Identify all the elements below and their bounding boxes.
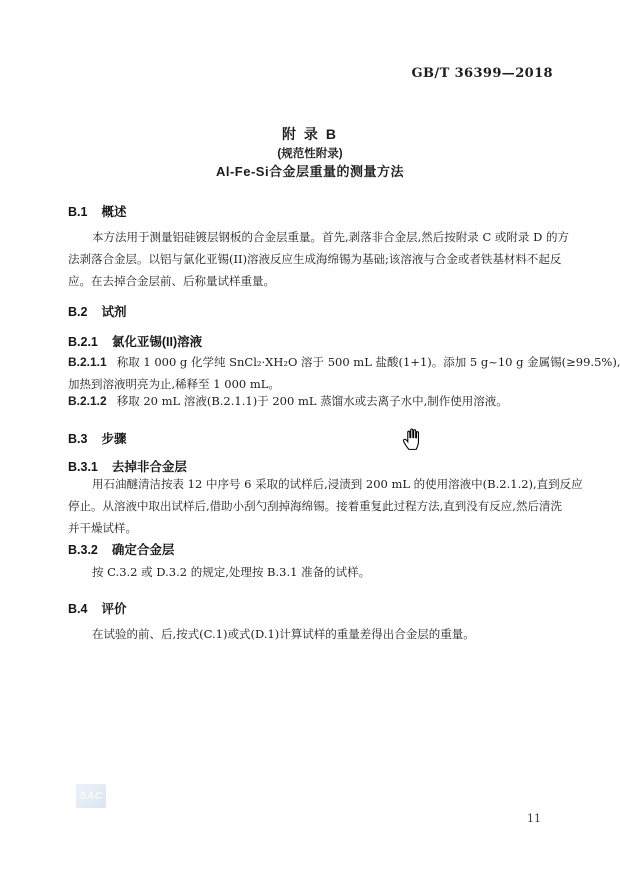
section-title: 概述 <box>101 205 126 219</box>
paragraph-line: 法剥落合金层。以铝与氯化亚锡(II)溶液反应生成海绵锡为基础;该溶液与合金或者铁… <box>68 248 552 270</box>
section-title: 氯化亚锡(II)溶液 <box>112 335 202 349</box>
section-number: B.3.2 <box>68 543 98 557</box>
standard-code-header: GB/T 36399—2018 <box>412 66 553 81</box>
paragraph-line: 应。在去掉合金层前、后称量试样重量。 <box>68 270 552 292</box>
section-heading-b4: B.4评价 <box>68 599 552 617</box>
section-number: B.4 <box>68 602 87 616</box>
paragraph-line: 用石油醚清洁按表 12 中序号 6 采取的试样后,浸渍到 200 mL 的使用溶… <box>68 473 552 495</box>
paragraph-b1: 本方法用于测量铝硅镀层钢板的合金层重量。首先,剥落非合金层,然后按附录 C 或附… <box>68 226 552 292</box>
section-heading-b2-1: B.2.1氯化亚锡(II)溶液 <box>68 332 552 350</box>
appendix-subtitle: (规范性附录) <box>0 145 620 161</box>
paragraph-line: 本方法用于测量铝硅镀层钢板的合金层重量。首先,剥落非合金层,然后按附录 C 或附… <box>68 226 552 248</box>
appendix-subject: Al-Fe-Si合金层重量的测量方法 <box>0 161 620 180</box>
paragraph-line: 在试验的前、后,按式(C.1)或式(D.1)计算试样的重量差得出合金层的重量。 <box>68 623 552 645</box>
page-number: 11 <box>527 812 541 825</box>
paragraph-line: B.2.1.2移取 20 mL 溶液(B.2.1.1)于 200 mL 蒸馏水或… <box>68 390 552 412</box>
section-heading-b1: B.1概述 <box>68 202 552 220</box>
section-number: B.3.1 <box>68 460 98 474</box>
clause-b2-1-1: B.2.1.1称取 1 000 g 化学纯 SnCl₂·XH₂O 溶于 500 … <box>68 351 552 395</box>
section-title: 去掉非合金层 <box>112 460 187 474</box>
appendix-title: 附 录 B <box>0 124 620 144</box>
paragraph-line: B.2.1.1称取 1 000 g 化学纯 SnCl₂·XH₂O 溶于 500 … <box>68 351 552 373</box>
section-heading-b3-2: B.3.2确定合金层 <box>68 540 552 558</box>
paragraph-b3-1: 用石油醚清洁按表 12 中序号 6 采取的试样后,浸渍到 200 mL 的使用溶… <box>68 473 552 539</box>
paragraph-line: 按 C.3.2 或 D.3.2 的规定,处理按 B.3.1 准备的试样。 <box>68 561 552 583</box>
section-title: 确定合金层 <box>112 543 175 557</box>
hand-grab-cursor-icon <box>401 426 425 451</box>
paragraph-b3-2: 按 C.3.2 或 D.3.2 的规定,处理按 B.3.1 准备的试样。 <box>68 561 552 583</box>
section-heading-b3: B.3步骤 <box>68 429 552 447</box>
section-title: 评价 <box>101 602 126 616</box>
sac-watermark-logo: SAC <box>76 784 106 808</box>
section-title: 步骤 <box>101 432 126 446</box>
section-number: B.1 <box>68 205 87 219</box>
section-number: B.2 <box>68 305 87 319</box>
clause-text: 称取 1 000 g 化学纯 SnCl₂·XH₂O 溶于 500 mL 盐酸(1… <box>117 355 620 369</box>
document-page: GB/T 36399—2018 附 录 B (规范性附录) Al-Fe-Si合金… <box>0 0 620 879</box>
section-title: 试剂 <box>101 305 126 319</box>
paragraph-line: 并干燥试样。 <box>68 517 552 539</box>
paragraph-b4: 在试验的前、后,按式(C.1)或式(D.1)计算试样的重量差得出合金层的重量。 <box>68 623 552 645</box>
clause-b2-1-2: B.2.1.2移取 20 mL 溶液(B.2.1.1)于 200 mL 蒸馏水或… <box>68 390 552 412</box>
clause-number: B.2.1.2 <box>68 394 107 408</box>
clause-text: 移取 20 mL 溶液(B.2.1.1)于 200 mL 蒸馏水或去离子水中,制… <box>117 394 508 408</box>
paragraph-line: 停止。从溶液中取出试样后,借助小刮勺刮掉海绵锡。接着重复此过程方法,直到没有反应… <box>68 495 552 517</box>
clause-number: B.2.1.1 <box>68 355 107 369</box>
section-heading-b2: B.2试剂 <box>68 302 552 320</box>
section-number: B.3 <box>68 432 87 446</box>
section-number: B.2.1 <box>68 335 98 349</box>
